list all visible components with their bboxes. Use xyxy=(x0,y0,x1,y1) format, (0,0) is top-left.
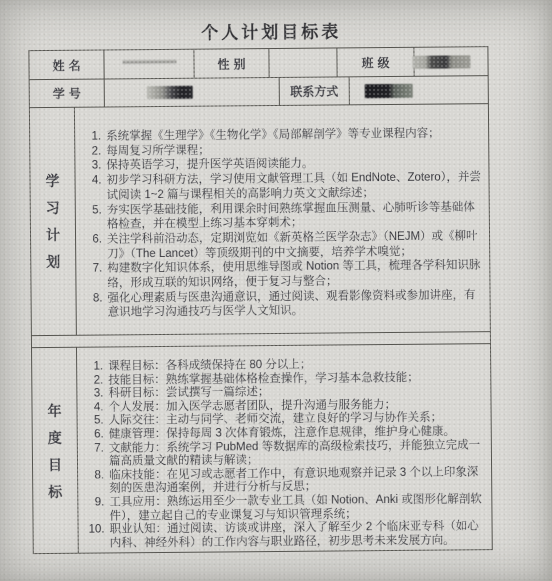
item-number: 6. xyxy=(86,232,107,262)
item-number: 2. xyxy=(87,374,108,388)
item-number: 7. xyxy=(86,262,107,292)
gender-label: 性别 xyxy=(194,49,269,78)
annual-goals-vertical-label: 年度目标 xyxy=(32,348,79,554)
item-number: 8. xyxy=(88,469,109,496)
vertical-label-char: 标 xyxy=(48,484,62,498)
item-text: 工具应用：熟练运用至少一款专业工具（如 Notion、Anki 或图形化解剖软件… xyxy=(109,493,485,523)
section-annual-goals: 年度目标 1.课程目标：各科成绩保持在 80 分以上；2.技能目标：熟练掌握基础… xyxy=(32,344,492,554)
annual-goals-list: 1.课程目标：各科成绩保持在 80 分以上；2.技能目标：熟练掌握基础体格检查操… xyxy=(87,357,486,551)
list-item: 5.夯实医学基础技能，利用课余时间熟练掌握血压测量、心肺听诊等基础体格检查，并在… xyxy=(86,200,483,233)
item-number: 8. xyxy=(87,291,108,321)
class-label: 班级 xyxy=(337,48,414,77)
item-number: 1. xyxy=(85,129,106,144)
list-item: 7.文献能力：系统学习 PubMed 等数据库的高级检索技巧，并能独立完成一篇高… xyxy=(88,439,485,470)
item-number: 3. xyxy=(87,388,108,402)
section-study-plan: 学习计划 1.系统掌握《生理学》《生物化学》《局部解剖学》等专业课程内容；2.每… xyxy=(30,104,490,336)
item-text: 构建数字化知识体系，使用思维导图或 Notion 等工具，梳理各学科知识脉络，形… xyxy=(107,259,483,292)
vertical-label-char: 学 xyxy=(45,174,59,188)
study-plan-vertical-label: 学习计划 xyxy=(30,108,77,335)
list-item: 4.初步学习科研方法，学习使用文献管理工具（如 EndNote、Zotero），… xyxy=(85,170,482,203)
list-item: 9.工具应用：熟练运用至少一款专业工具（如 Notion、Anki 或图形化解剖… xyxy=(88,493,485,524)
redacted-class-mark xyxy=(412,55,470,69)
annual-goals-content: 1.课程目标：各科成绩保持在 80 分以上；2.技能目标：熟练掌握基础体格检查操… xyxy=(77,344,492,554)
vertical-label-char: 度 xyxy=(48,430,62,444)
name-value-cell xyxy=(104,50,194,79)
item-text: 文献能力：系统学习 PubMed 等数据库的高级检索技巧，并能独立完成一篇高质量… xyxy=(109,439,485,469)
item-number: 6. xyxy=(88,428,109,442)
vertical-label-char: 目 xyxy=(48,457,62,471)
item-number: 9. xyxy=(88,496,109,523)
redacted-contact-mark xyxy=(365,83,413,97)
list-item: 8.临床技能：在见习或志愿者工作中，有意识地观察并记录 3 个以上印象深刻的医患… xyxy=(88,466,485,497)
name-label: 姓名 xyxy=(29,50,104,79)
header-row-2: 学号 联系方式 xyxy=(30,76,488,108)
vertical-label-char: 划 xyxy=(46,255,60,269)
gender-value-cell xyxy=(269,48,337,77)
item-text: 初步学习科研方法，学习使用文献管理工具（如 EndNote、Zotero），并尝… xyxy=(106,170,482,203)
study-plan-list: 1.系统掌握《生理学》《生物化学》《局部解剖学》等专业课程内容；2.每周复习所学… xyxy=(85,126,484,321)
page-title: 个人计划目标表 xyxy=(0,16,544,46)
contact-label: 联系方式 xyxy=(280,77,350,105)
item-number: 3. xyxy=(85,159,106,174)
student-id-value-cell xyxy=(105,78,280,107)
item-number: 5. xyxy=(86,203,107,233)
item-number: 2. xyxy=(85,144,106,159)
item-number: 10. xyxy=(89,524,110,551)
item-number: 7. xyxy=(88,442,109,469)
item-number: 4. xyxy=(87,401,108,415)
list-item: 8.强化心理素质与医患沟通意识，通过阅读、观看影像资料或参加讲座，有意识地学习沟… xyxy=(87,288,484,321)
item-text: 强化心理素质与医患沟通意识，通过阅读、观看影像资料或参加讲座，有意识地学习沟通技… xyxy=(108,288,484,321)
header-row-1: 姓名 性别 班级 xyxy=(29,47,487,80)
item-number: 1. xyxy=(87,360,108,374)
class-value-cell xyxy=(414,47,487,76)
item-text: 关注学科前沿动态，定期浏览如《新英格兰医学杂志》（NEJM）或《柳叶刀》（The… xyxy=(107,229,483,262)
item-text: 职业认知：通过阅读、访谈或讲座，深入了解至少 2 个临床亚专科（如心内科、神经外… xyxy=(110,520,486,550)
list-item: 6.关注学科前沿动态，定期浏览如《新英格兰医学杂志》（NEJM）或《柳叶刀》（T… xyxy=(86,229,483,262)
item-number: 5. xyxy=(88,415,109,429)
redacted-student-id-mark xyxy=(147,86,193,99)
study-plan-content: 1.系统掌握《生理学》《生物化学》《局部解剖学》等专业课程内容；2.每周复习所学… xyxy=(75,104,490,335)
vertical-label-char: 习 xyxy=(46,201,60,215)
list-item: 10.职业认知：通过阅读、访谈或讲座，深入了解至少 2 个临床亚专科（如心内科、… xyxy=(89,520,486,551)
item-text: 临床技能：在见习或志愿者工作中，有意识地观察并记录 3 个以上印象深刻的医患沟通… xyxy=(109,466,485,496)
photo-of-form: 个人计划目标表 姓名 性别 班级 学号 联系方式 学习计划 xyxy=(0,0,552,581)
item-number: 4. xyxy=(85,174,106,204)
list-item: 7.构建数字化知识体系，使用思维导图或 Notion 等工具，梳理各学科知识脉络… xyxy=(86,259,483,292)
item-text: 夯实医学基础技能，利用课余时间熟练掌握血压测量、心肺听诊等基础体格检查，并在模型… xyxy=(107,200,483,233)
contact-value-cell xyxy=(350,76,488,104)
vertical-label-char: 年 xyxy=(47,403,61,417)
vertical-label-char: 计 xyxy=(46,228,60,242)
student-id-label: 学号 xyxy=(30,79,105,107)
form-table: 姓名 性别 班级 学号 联系方式 学习计划 1.系统掌握《生理学》《 xyxy=(28,46,492,554)
redacted-name-mark xyxy=(122,58,176,66)
